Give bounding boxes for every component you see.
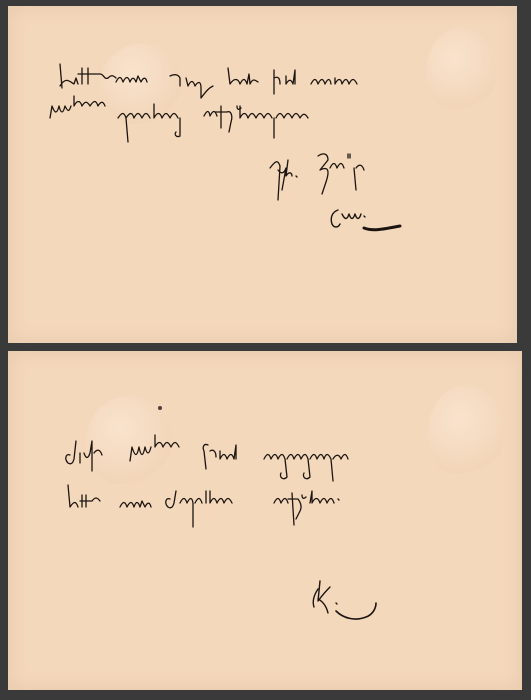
postcard-bottom: Diese Marken sind eingegangen bitte mir …	[8, 351, 522, 690]
handwriting-strokes	[8, 6, 517, 343]
postcard-top: Bitte mir diese Karte für meinen Markens…	[8, 6, 517, 343]
handwriting-strokes	[8, 351, 522, 690]
